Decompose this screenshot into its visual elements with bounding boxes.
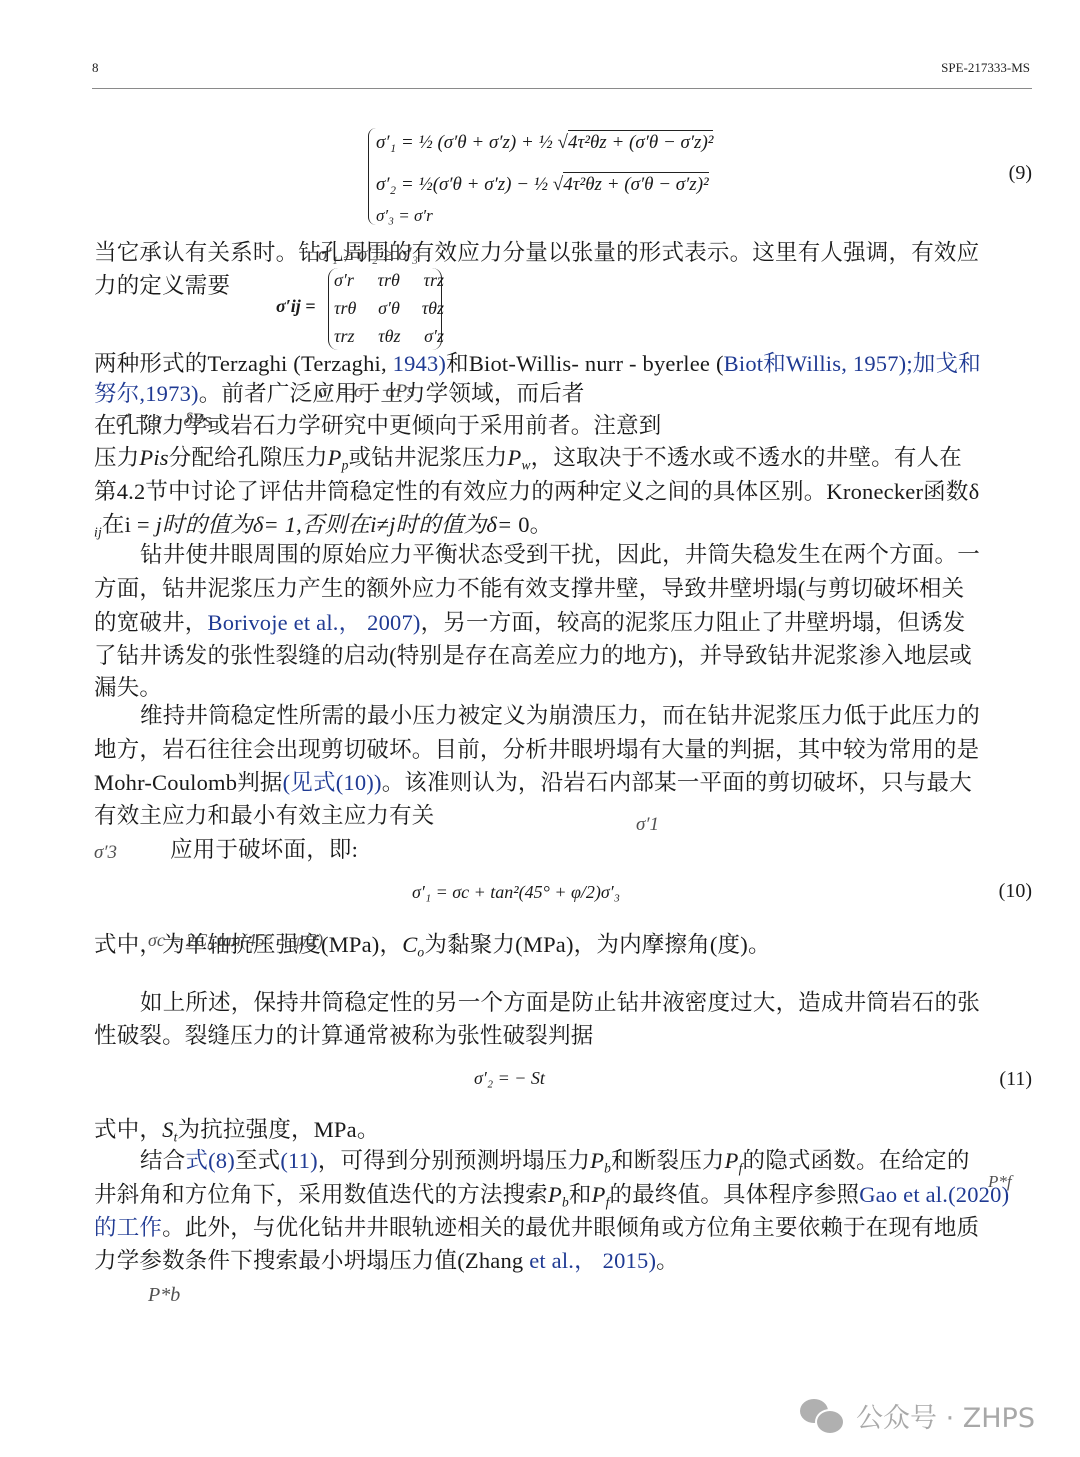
citation-link[interactable]: Borivoje et al.， 2007) <box>208 610 421 635</box>
equation-10: σ′₁ = σc + tan²(45° + φ/2)σ′₃ <box>412 882 620 903</box>
text-line: 如上所述，保持井筒稳定性的另一个方面是防止钻井液密度过大，造成井筒岩石的张 <box>140 988 980 1018</box>
text-line: 当它承认有关系时。钻孔周围的有效应力分量以张量的形式表示。这里有人强调，有效应 <box>94 238 979 268</box>
equation-link[interactable]: (见式(10)) <box>283 770 382 795</box>
text-line: 压力Pis分配给孔隙压力Pp或钻井泥浆压力Pw，这取决于不透水或不透水的井壁。有… <box>94 443 962 481</box>
watermark-text: 公众号 · ZHPS <box>856 1396 1035 1435</box>
text-line: 的工作。此外，与优化钻井井眼轨迹相关的最优井眼倾角或方位角主要依赖于在现有地质 <box>94 1213 979 1243</box>
text-line: 的宽破井，Borivoje et al.， 2007)，另一方面，较高的泥浆压力… <box>94 608 965 638</box>
text-line: 应用于破坏面，即: <box>170 835 358 865</box>
text-line: 结合式(8)至式(11)，可得到分别预测坍塌压力Pb和断裂压力Pf的隐式函数。在… <box>140 1146 970 1184</box>
equation-9-line-2: σ′₂ = ½(σ′θ + σ′z) − ½ √4τ²θz + (σ′θ − σ… <box>376 174 709 196</box>
sigma-1-symbol: σ′1 <box>636 814 659 836</box>
inline-math-overlay: P*f <box>988 1172 1012 1192</box>
wechat-icon <box>800 1399 844 1433</box>
equation-11-number: (11) <box>999 1068 1032 1091</box>
citation-link[interactable]: 努尔,1973) <box>94 381 199 406</box>
text-line: 维持井筒稳定性所需的最小压力被定义为崩溃压力，而在钻井泥浆压力低于此压力的 <box>140 701 980 731</box>
pb-star-symbol: P*b <box>148 1284 180 1307</box>
equation-10-number: (10) <box>999 880 1032 903</box>
equation-link[interactable]: (11) <box>280 1148 317 1173</box>
text-line: 力学参数条件下搜索最小坍塌压力值(Zhang et al.， 2015)。 <box>94 1246 679 1276</box>
text-line: 力的定义需要 <box>94 271 230 301</box>
citation-link[interactable]: Biot和Willis, 1957);加戈和 <box>724 351 981 376</box>
text-line: 漏失。 <box>94 673 162 703</box>
page-number: 8 <box>92 60 99 76</box>
citation-link[interactable]: Gao et al.(2020) <box>859 1182 1009 1207</box>
document-id: SPE-217333-MS <box>941 60 1030 76</box>
text-line: 有效主应力和最小有效主应力有关 <box>94 801 435 831</box>
text-line: 性破裂。裂缝压力的计算通常被称为张性破裂判据 <box>94 1021 593 1051</box>
header-divider <box>92 88 1032 89</box>
equation-9-number: (9) <box>1009 162 1032 185</box>
inline-math-overlay: σ′₁ ≥ σ′₂ ≥ σ′₃ <box>318 244 418 266</box>
text-line: 方面，钻井泥浆压力产生的额外应力不能有效支撑井壁，导致井壁坍塌(与剪切破坏相关 <box>94 574 964 604</box>
text-line: Mohr-Coulomb判据(见式(10))。该准则认为，沿岩石内部某一平面的剪… <box>94 768 972 798</box>
sigma-3-symbol: σ′3 <box>94 842 117 864</box>
matrix-row: τrθσ′θτθz <box>334 298 444 319</box>
matrix-lhs: σ′ij = <box>276 296 316 317</box>
text-line: 钻井使井眼周围的原始应力平衡状态受到干扰，因此，井筒失稳发生在两个方面。一 <box>140 540 980 570</box>
inline-math-overlay: σ′ = σ − δPs <box>116 410 211 432</box>
text-line: 地方，岩石往往会出现剪切破坏。目前，分析井眼坍塌有大量的判据，其中较为常用的是 <box>94 735 979 765</box>
equation-11: σ′₂ = − St <box>474 1068 545 1089</box>
equation-link[interactable]: 式(8) <box>185 1148 235 1173</box>
citation-link[interactable]: 的工作 <box>94 1215 162 1240</box>
matrix-row: σ′rτrθτrz <box>334 270 444 291</box>
text-line: 第4.2节中讨论了评估井筒稳定性的有效应力的两种定义之间的具体区别。Kronec… <box>94 477 979 507</box>
citation-link[interactable]: et al.， 2015) <box>529 1248 656 1273</box>
equation-9-line-1: σ′₁ = ½ (σ′θ + σ′z) + ½ √4τ²θz + (σ′θ − … <box>376 132 713 154</box>
matrix-row: τrzτθzσ′z <box>334 326 444 347</box>
inline-math-overlay: σ′ = σ − αPs <box>318 381 415 403</box>
text-line: 了钻井诱发的张性裂缝的启动(特别是存在高差应力的地方)，并导致钻井泥浆渗入地层或 <box>94 641 972 671</box>
watermark: 公众号 · ZHPS <box>800 1396 1035 1435</box>
equation-9-line-3: σ′₃ = σ′r <box>376 206 433 226</box>
text-line: 两种形式的Terzaghi (Terzaghi, 1943)和Biot-Will… <box>94 349 981 379</box>
inline-math-overlay: σc = 2C₀ tan(45° + φ/2) <box>148 930 323 951</box>
citation-link[interactable]: 1943) <box>393 351 447 376</box>
